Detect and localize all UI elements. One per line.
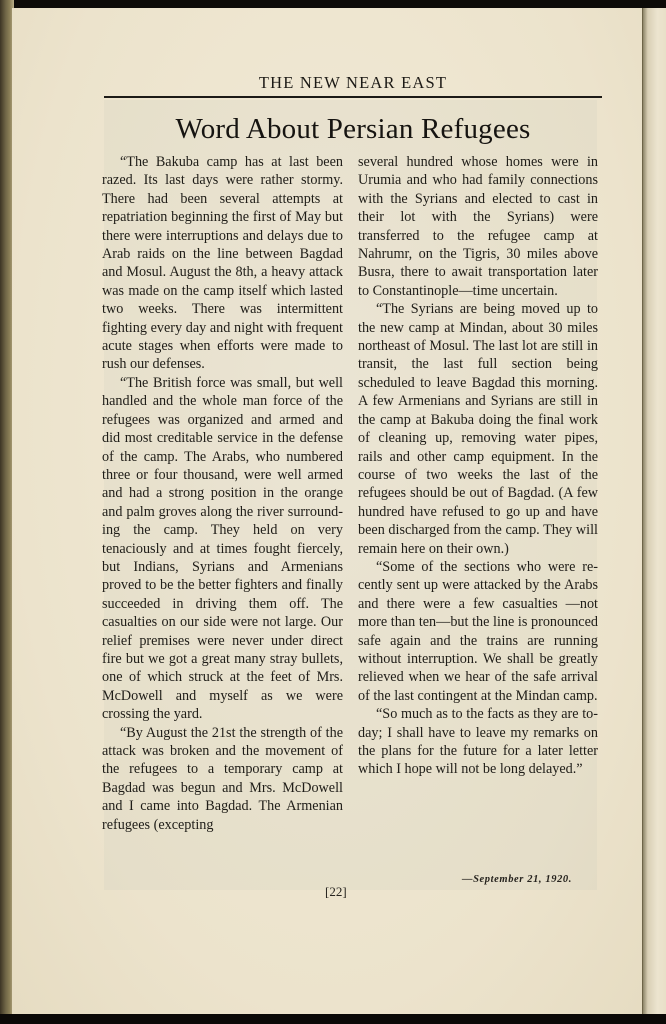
paragraph: several hundred whose homes were in Urum… (358, 153, 598, 300)
paragraph: “The Bakuba camp has at last been razed.… (102, 153, 343, 374)
paragraph: “The Syrians are being moved up to the n… (358, 300, 598, 558)
header-rule (104, 96, 602, 98)
right-column: several hundred whose homes were in Urum… (358, 153, 598, 779)
left-column: “The Bakuba camp has at last been razed.… (102, 153, 343, 834)
paragraph: “By August the 21st the strength of the … (102, 724, 343, 834)
scan-border (0, 1014, 666, 1024)
paragraph: “Some of the sections who were re­cently… (358, 558, 598, 705)
facing-page-edge (642, 8, 666, 1014)
paragraph: “The British force was small, but well h… (102, 374, 343, 724)
article-title: Word About Persian Refugees (104, 113, 602, 146)
dateline-signoff: —September 21, 1920. (462, 874, 572, 885)
running-head: THE NEW NEAR EAST (104, 73, 602, 93)
paragraph: “So much as to the facts as they are to-… (358, 705, 598, 779)
page-number: [22] (325, 884, 347, 900)
